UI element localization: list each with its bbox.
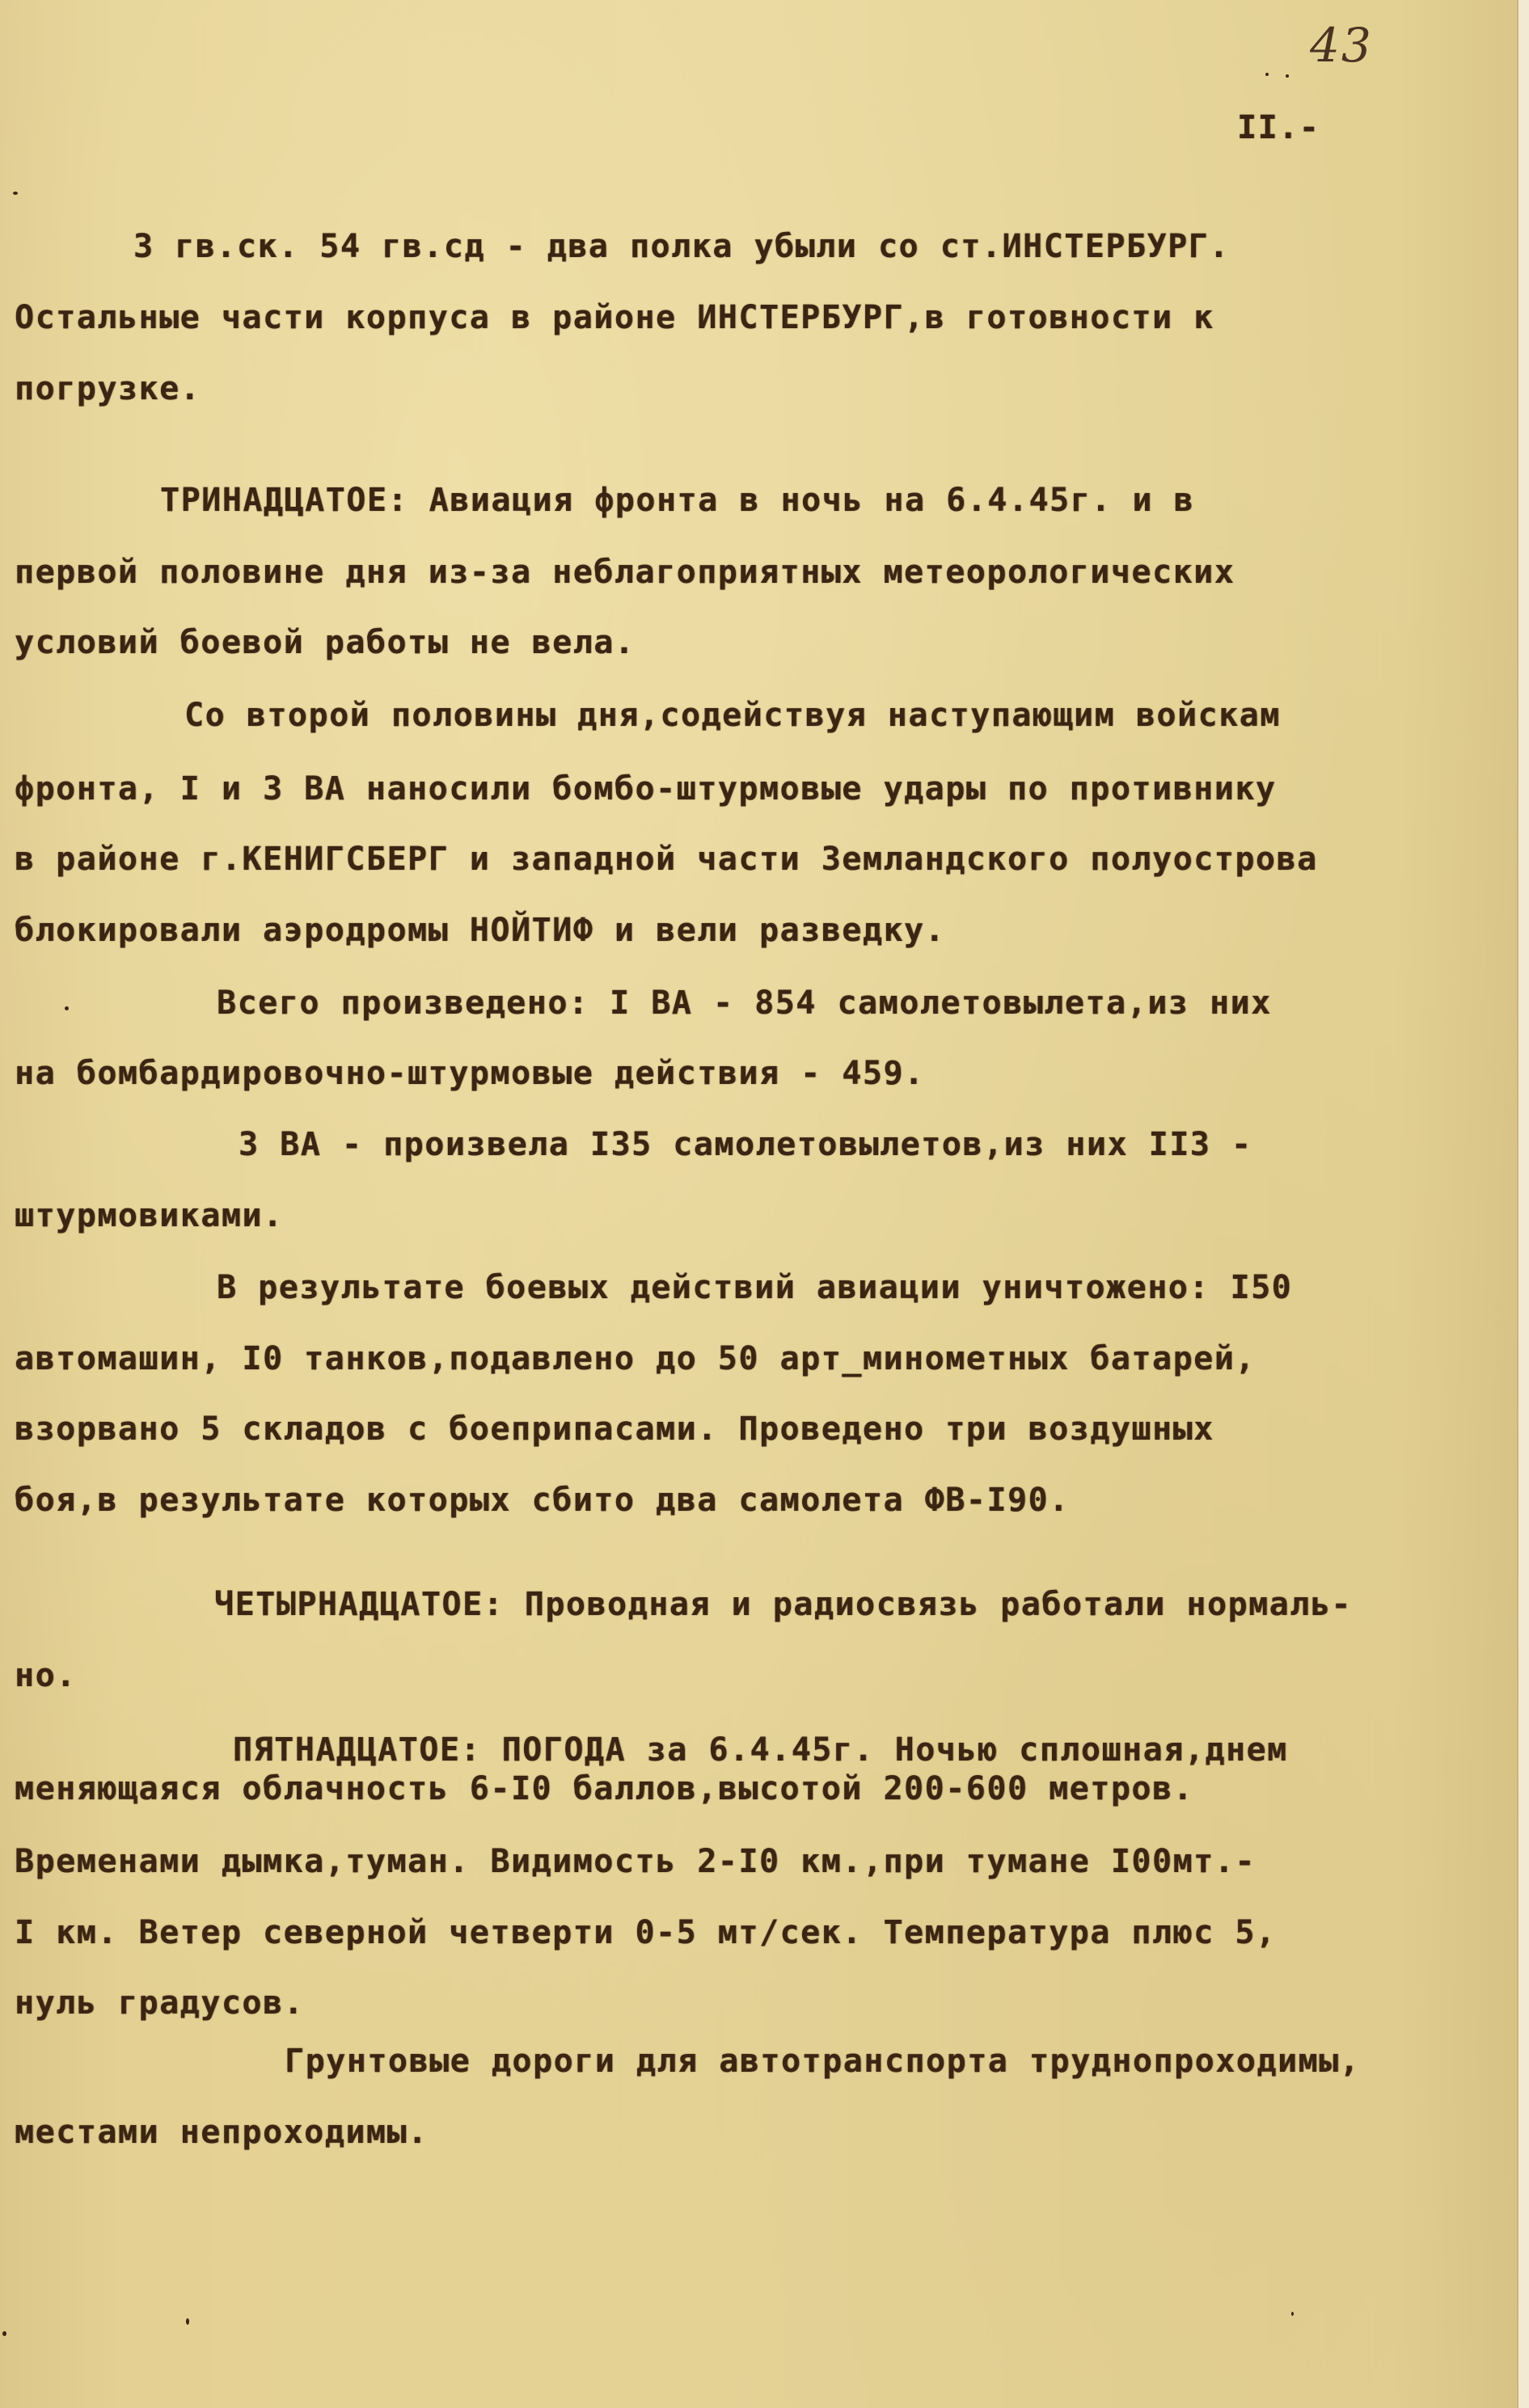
text-line: условий боевой работы не вела. xyxy=(15,624,635,661)
text-line: Всего произведено: I ВА - 854 самолетовы… xyxy=(217,985,1272,1022)
typed-page-number: II.- xyxy=(1237,109,1320,146)
text-line: в районе г.КЕНИГСБЕРГ и западной части З… xyxy=(15,841,1318,878)
page-edge xyxy=(1518,0,1529,2408)
text-line: на бомбардировочно-штурмовые действия - … xyxy=(15,1055,925,1092)
text-line: местами непроходимы. xyxy=(15,2114,429,2151)
text-line: штурмовиками. xyxy=(15,1197,284,1234)
ink-speck xyxy=(1265,73,1269,76)
text-line: Со второй половины дня,содействуя наступ… xyxy=(184,697,1281,734)
text-line: меняющаяся облачность 6-I0 баллов,высото… xyxy=(15,1770,1193,1807)
section-13-heading-line: ТРИНАДЦАТОЕ: Авиация фронта в ночь на 6.… xyxy=(160,482,1194,519)
text-line: но. xyxy=(15,1657,77,1694)
text-line: взорвано 5 складов с боеприпасами. Прове… xyxy=(15,1411,1214,1448)
text-line: Остальные части корпуса в районе ИНСТЕРБ… xyxy=(15,299,1214,336)
text-line: автомашин, I0 танков,подавлено до 50 арт… xyxy=(15,1340,1256,1377)
text-line: нуль градусов. xyxy=(15,1984,304,2022)
ink-speck xyxy=(186,2318,189,2325)
ink-speck xyxy=(1291,2312,1294,2316)
ink-speck xyxy=(65,1006,69,1010)
text-line: I км. Ветер северной четверти 0-5 мт/сек… xyxy=(15,1914,1277,1951)
text-line: В результате боевых действий авиации уни… xyxy=(217,1269,1292,1306)
text-line: первой половине дня из-за неблагоприятны… xyxy=(15,554,1235,591)
text-line: 3 ВА - произвела I35 самолетовылетов,из … xyxy=(239,1126,1252,1163)
text-line: фронта, I и 3 ВА наносили бомбо-штурмовы… xyxy=(15,770,1277,808)
section-15-heading-line: ПЯТНАДЦАТОЕ: ПОГОДА за 6.4.45г. Ночью сп… xyxy=(233,1731,1288,1769)
ink-speck xyxy=(13,192,18,195)
text-line: 3 гв.ск. 54 гв.сд - два полка убыли со с… xyxy=(133,228,1230,265)
text-line: Грунтовые дороги для автотранспорта труд… xyxy=(285,2043,1360,2080)
text-line: Временами дымка,туман. Видимость 2-I0 км… xyxy=(15,1843,1256,1880)
text-line: погрузке. xyxy=(15,370,201,407)
section-14-heading-line: ЧЕТЫРНАДЦАТОЕ: Проводная и радиосвязь ра… xyxy=(214,1586,1352,1623)
text-line: блокировали аэродромы НОЙТИФ и вели разв… xyxy=(15,912,945,949)
text-line: боя,в результате которых сбито два самол… xyxy=(15,1482,1070,1519)
ink-speck xyxy=(2,2331,6,2336)
ink-speck xyxy=(1286,74,1289,78)
archive-page-number: 43 xyxy=(1310,18,1373,73)
